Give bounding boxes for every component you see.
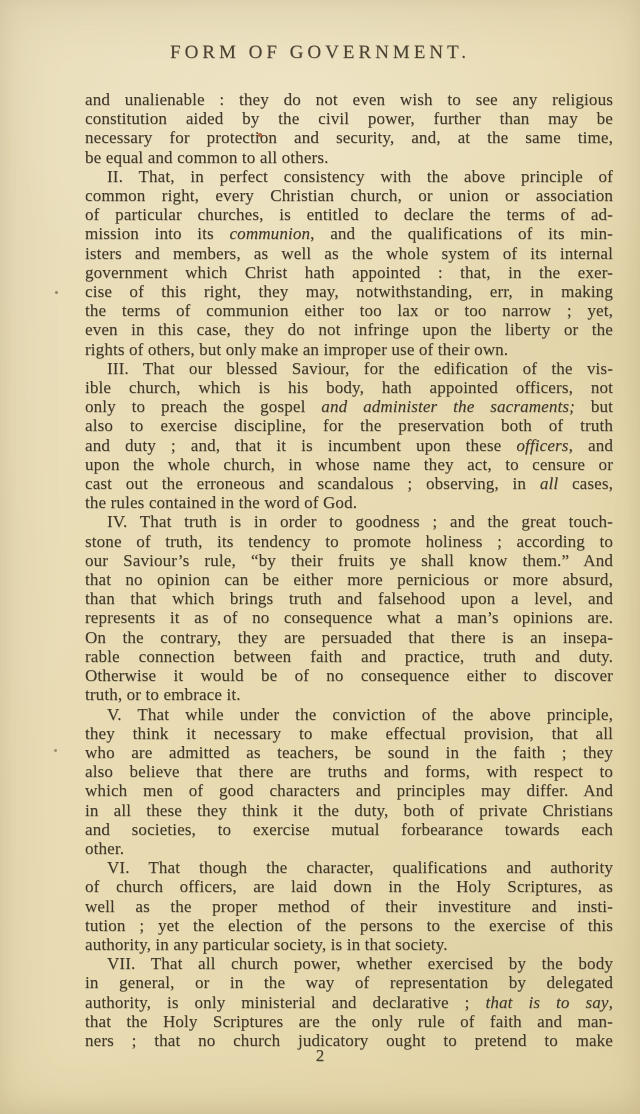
paper-speck [55, 291, 58, 294]
text-line: that no opinion can be either more perni… [85, 570, 613, 589]
text-segment: cise of this right, they may, notwithsta… [85, 282, 613, 301]
text-line: common right, every Christian church, or… [85, 186, 613, 205]
text-segment: in all these they think it the duty, bot… [85, 801, 613, 820]
text-line: truth, or to embrace it. [85, 685, 613, 704]
text-line: of church officers, are laid down in the… [85, 877, 613, 896]
text-segment: authority, is only ministerial and decla… [85, 993, 485, 1012]
text-line: necessary for protection and security, a… [85, 128, 613, 147]
text-line: that the Holy Scriptures are the only ru… [85, 1012, 613, 1031]
text-segment: also to exercise discipline, for the pre… [85, 416, 613, 435]
text-line: tution ; yet the election of the persons… [85, 916, 613, 935]
text-line: our Saviour’s rule, “by their fruits ye … [85, 551, 613, 570]
text-segment: necessary for protection and security, a… [85, 128, 613, 147]
text-segment: , and the qualifications of its min- [310, 224, 613, 243]
text-line: Otherwise it would be of no consequence … [85, 666, 613, 685]
text-segment: upon the whole church, in whose name the… [85, 455, 613, 474]
text-segment: constitution aided by the civil power, f… [85, 109, 613, 128]
text-line: in all these they think it the duty, bot… [85, 801, 613, 820]
text-segment: in general, or in the way of representat… [85, 973, 613, 992]
text-segment: , [609, 993, 613, 1012]
text-segment: even in this case, they do not infringe … [85, 320, 613, 339]
page-number: 2 [0, 1046, 640, 1066]
paper-fleck [258, 133, 262, 137]
text-segment: the terms of communion either too lax or… [85, 301, 613, 320]
book-page: FORM OF GOVERNMENT. and unalienable : th… [0, 0, 640, 1114]
text-line: other. [85, 839, 613, 858]
text-segment: government which Christ hath appointed :… [85, 263, 613, 282]
text-segment: only to preach the gospel [85, 397, 321, 416]
text-segment: they think it necessary to make effectua… [85, 724, 613, 743]
text-segment: II. That, in perfect consistency with th… [107, 167, 613, 186]
text-segment: other. [85, 839, 124, 858]
page-header: FORM OF GOVERNMENT. [0, 42, 640, 64]
text-line: even in this case, they do not infringe … [85, 320, 613, 339]
italic-text: communion [229, 224, 310, 243]
text-segment: tution ; yet the election of the persons… [85, 916, 613, 935]
text-segment: On the contrary, they are persuaded that… [85, 628, 613, 647]
text-segment: which men of good characters and princip… [85, 781, 613, 800]
text-segment: ible church, which is his body, hath app… [85, 378, 613, 397]
text-segment: than that which brings truth and falseho… [85, 589, 613, 608]
text-line: VI. That though the character, qualifica… [85, 858, 613, 877]
text-line: and unalienable : they do not even wish … [85, 90, 613, 109]
text-line: which men of good characters and princip… [85, 781, 613, 800]
text-line: On the contrary, they are persuaded that… [85, 628, 613, 647]
paper-speck [54, 749, 57, 752]
text-segment: our Saviour’s rule, “by their fruits ye … [85, 551, 613, 570]
text-segment: authority, in any particular society, is… [85, 935, 448, 954]
text-line: II. That, in perfect consistency with th… [85, 167, 613, 186]
text-segment: V. That while under the conviction of th… [107, 705, 613, 724]
text-segment: and unalienable : they do not even wish … [85, 90, 613, 109]
text-segment: common right, every Christian church, or… [85, 186, 613, 205]
text-segment: VI. That though the character, qualifica… [107, 858, 613, 877]
text-segment: well as the proper method of their inves… [85, 897, 613, 916]
italic-text: and administer the sacraments; [321, 397, 575, 416]
text-segment: of church officers, are laid down in the… [85, 877, 613, 896]
text-segment: mission into its [85, 224, 229, 243]
text-segment: represents it as of no consequence what … [85, 608, 613, 627]
text-segment: cast out the erroneous and scandalous ; … [85, 474, 540, 493]
text-line: well as the proper method of their inves… [85, 897, 613, 916]
text-line: V. That while under the conviction of th… [85, 705, 613, 724]
text-line: rable connection between faith and pract… [85, 647, 613, 666]
text-segment: rights of others, but only make an impro… [85, 340, 508, 359]
text-segment: III. That our blessed Saviour, for the e… [107, 359, 613, 378]
text-segment: isters and members, as well as the whole… [85, 244, 613, 263]
text-line: government which Christ hath appointed :… [85, 263, 613, 282]
text-line: who are admitted as teachers, be sound i… [85, 743, 613, 762]
text-line: III. That our blessed Saviour, for the e… [85, 359, 613, 378]
text-segment: be equal and common to all others. [85, 148, 329, 167]
text-line: mission into its communion, and the qual… [85, 224, 613, 243]
text-line: only to preach the gospel and administer… [85, 397, 613, 416]
text-segment: the rules contained in the word of God. [85, 493, 357, 512]
text-segment: rable connection between faith and pract… [85, 647, 613, 666]
text-line: authority, is only ministerial and decla… [85, 993, 613, 1012]
text-line: and societies, to exercise mutual forbea… [85, 820, 613, 839]
text-segment: also believe that there are truths and f… [85, 762, 613, 781]
text-segment: and duty ; and, that it is incumbent upo… [85, 436, 516, 455]
text-line: also believe that there are truths and f… [85, 762, 613, 781]
text-line: authority, in any particular society, is… [85, 935, 613, 954]
text-segment: truth, or to embrace it. [85, 685, 241, 704]
text-line: VII. That all church power, whether exer… [85, 954, 613, 973]
text-line: IV. That truth is in order to goodness ;… [85, 512, 613, 531]
text-line: ible church, which is his body, hath app… [85, 378, 613, 397]
italic-text: officers [516, 436, 568, 455]
text-line: represents it as of no consequence what … [85, 608, 613, 627]
italic-text: that is to say [485, 993, 608, 1012]
italic-text: all [540, 474, 558, 493]
text-line: they think it necessary to make effectua… [85, 724, 613, 743]
text-line: and duty ; and, that it is incumbent upo… [85, 436, 613, 455]
text-segment: and societies, to exercise mutual forbea… [85, 820, 613, 839]
text-line: than that which brings truth and falseho… [85, 589, 613, 608]
text-segment: that the Holy Scriptures are the only ru… [85, 1012, 613, 1031]
text-segment: who are admitted as teachers, be sound i… [85, 743, 613, 762]
text-line: upon the whole church, in whose name the… [85, 455, 613, 474]
text-segment: VII. That all church power, whether exer… [107, 954, 613, 973]
text-line: also to exercise discipline, for the pre… [85, 416, 613, 435]
text-line: constitution aided by the civil power, f… [85, 109, 613, 128]
text-line: be equal and common to all others. [85, 148, 613, 167]
text-segment: stone of truth, its tendency to promote … [85, 532, 613, 551]
text-segment: of particular churches, is entitled to d… [85, 205, 613, 224]
text-segment: , and [569, 436, 613, 455]
text-body: and unalienable : they do not even wish … [85, 90, 613, 1050]
text-line: the rules contained in the word of God. [85, 493, 613, 512]
text-segment: cases, [558, 474, 613, 493]
text-line: rights of others, but only make an impro… [85, 340, 613, 359]
text-line: cast out the erroneous and scandalous ; … [85, 474, 613, 493]
text-line: cise of this right, they may, notwithsta… [85, 282, 613, 301]
text-line: isters and members, as well as the whole… [85, 244, 613, 263]
text-line: stone of truth, its tendency to promote … [85, 532, 613, 551]
text-segment: IV. That truth is in order to goodness ;… [107, 512, 613, 531]
text-segment: that no opinion can be either more perni… [85, 570, 613, 589]
text-segment: Otherwise it would be of no consequence … [85, 666, 613, 685]
text-line: of particular churches, is entitled to d… [85, 205, 613, 224]
text-segment: but [575, 397, 613, 416]
text-line: in general, or in the way of representat… [85, 973, 613, 992]
text-line: the terms of communion either too lax or… [85, 301, 613, 320]
